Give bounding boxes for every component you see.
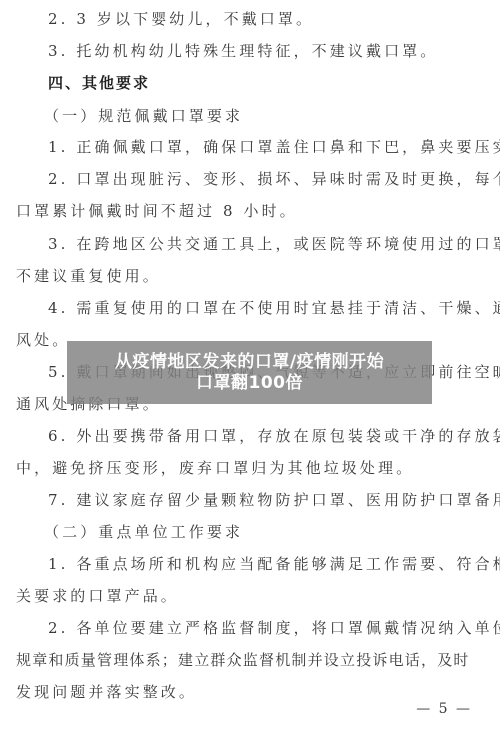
headline-line-1: 从疫情地区发来的口罩/疫情刚开始 [115, 352, 384, 373]
text-line: 3. 托幼机构幼儿特殊生理特征，不建议戴口罩。 [48, 41, 438, 61]
text-line: 关要求的口罩产品。 [16, 586, 179, 606]
text-line: 1. 各重点场所和机构应当配备能够满足工作需要、符合相 [48, 554, 500, 574]
text-line: 风处。 [16, 330, 70, 350]
text-line: 发现问题并落实整改。 [16, 682, 197, 702]
text-line: 不建议重复使用。 [16, 266, 161, 286]
headline-overlay: 从疫情地区发来的口罩/疫情刚开始 口罩翻100倍 [67, 341, 432, 404]
text-line: 2. 3 岁以下婴幼儿，不戴口罩。 [48, 9, 314, 29]
text-line: 3. 在跨地区公共交通工具上，或医院等环境使用过的口罩 [48, 234, 500, 254]
subsection-heading: （一）规范佩戴口罩要求 [44, 106, 243, 126]
section-heading: 四、其他要求 [48, 73, 150, 93]
text-line: 口罩累计佩戴时间不超过 8 小时。 [16, 201, 298, 221]
text-line: 1. 正确佩戴口罩，确保口罩盖住口鼻和下巴，鼻夹要压实。 [48, 137, 500, 157]
subsection-heading: （二）重点单位工作要求 [44, 522, 243, 542]
text-line: 2. 口罩出现脏污、变形、损坏、异味时需及时更换，每个 [48, 169, 500, 189]
text-line: 7. 建议家庭存留少量颗粒物防护口罩、医用防护口罩备用。 [48, 490, 500, 510]
document-page: 2. 3 岁以下婴幼儿，不戴口罩。 3. 托幼机构幼儿特殊生理特征，不建议戴口罩… [0, 0, 500, 746]
page-number: — 5 — [416, 701, 472, 717]
text-line: 中，避免挤压变形，废弃口罩归为其他垃圾处理。 [16, 458, 414, 478]
headline-line-2: 口罩翻100倍 [196, 373, 303, 394]
text-line: 4. 需重复使用的口罩在不使用时宜悬挂于清洁、干燥、通 [48, 298, 500, 318]
text-line: 2. 各单位要建立严格监督制度，将口罩佩戴情况纳入单位 [48, 618, 500, 638]
text-line: 规章和质量管理体系；建立群众监督机制并设立投诉电话，及时 [16, 650, 470, 670]
text-line: 6. 外出要携带备用口罩，存放在原包装袋或干净的存放袋 [48, 426, 500, 446]
